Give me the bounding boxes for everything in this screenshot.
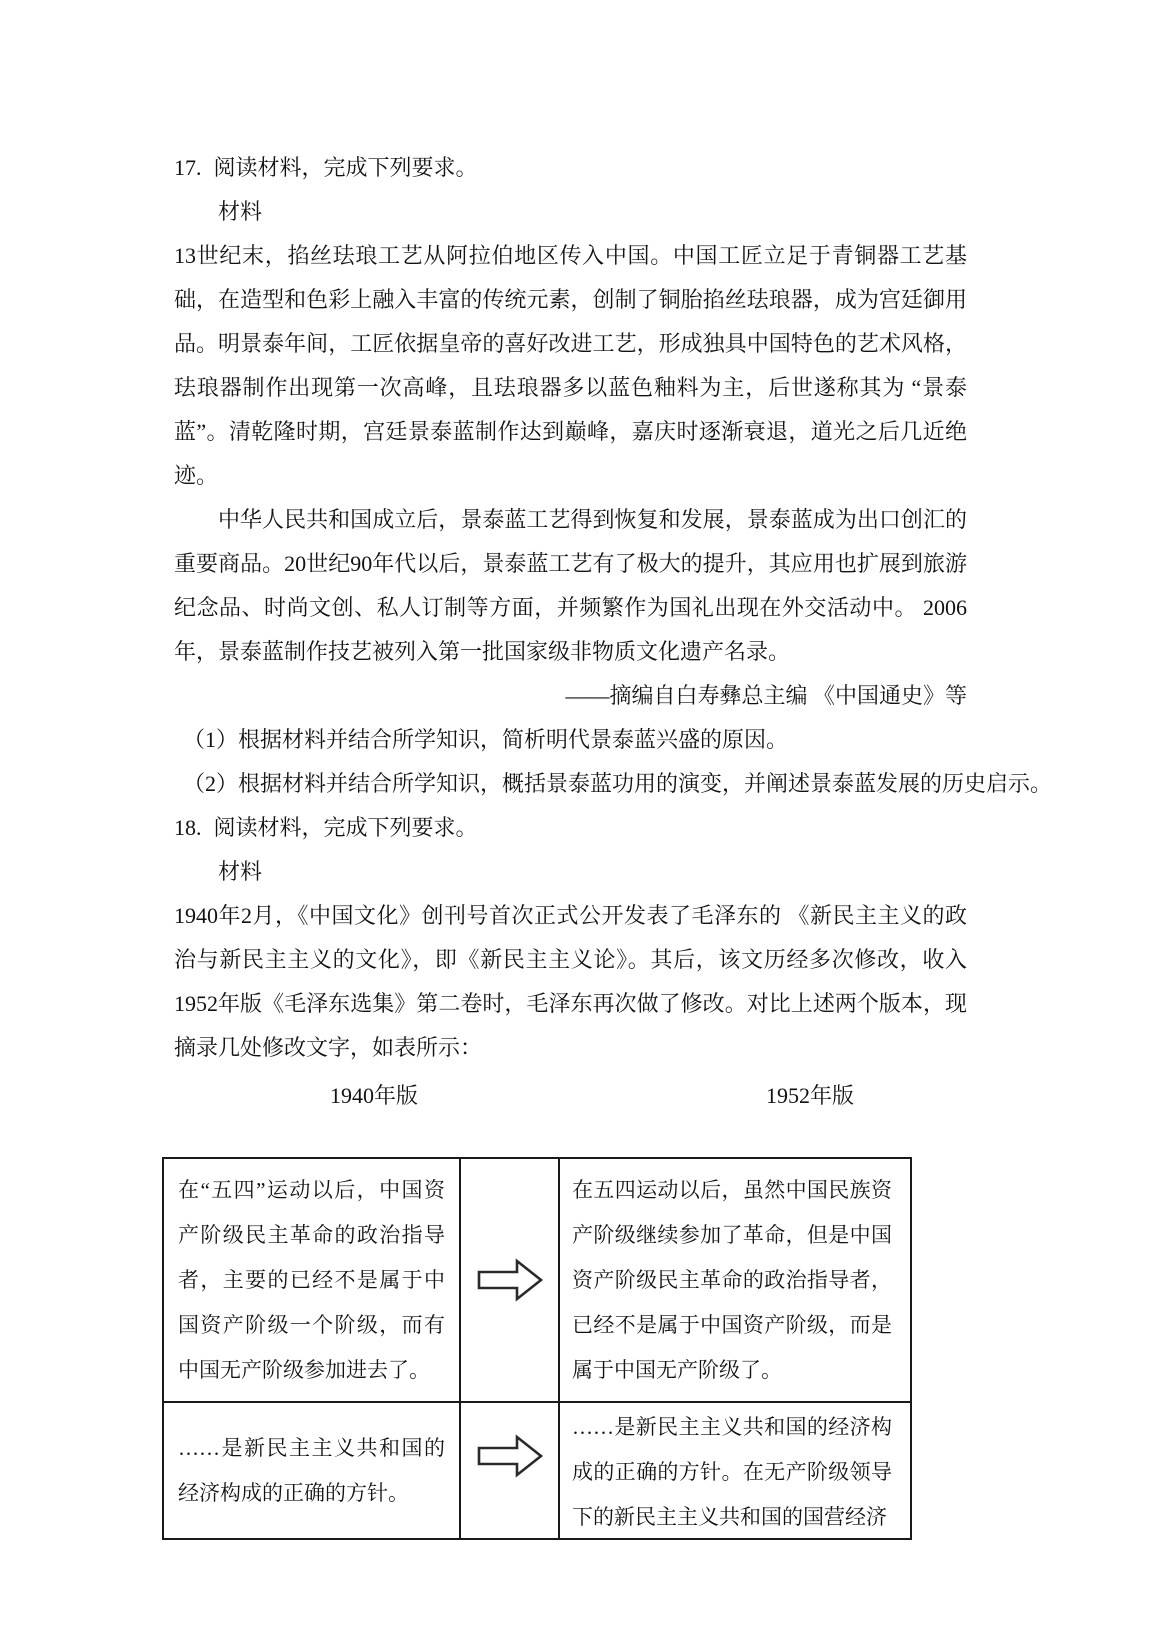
table-row2-arrow-cell [459,1401,558,1538]
comparison-table: 在“五四”运动以后，中国资产阶级民主革命的政治指导者，主要的已经不是属于中国资产… [162,1157,912,1540]
question-18-prompt: 阅读材料，完成下列要求。 [214,815,478,840]
question-17-material-label: 材料 [174,190,967,234]
page-content: 17.阅读材料，完成下列要求。 材料 13世纪末，掐丝珐琅工艺从阿拉伯地区传入中… [174,146,967,1540]
right-arrow-icon [476,1258,544,1302]
question-17-sub-question-2: （2）根据材料并结合所学知识，概括景泰蓝功用的演变，并阐述景泰蓝发展的历史启示。 [174,762,967,806]
comparison-table-headers: 1940年版 1952年版 [174,1074,967,1118]
right-arrow-icon [476,1434,544,1478]
question-17-source-citation: ——摘编自白寿彝总主编 《中国通史》等 [174,674,967,718]
question-17-material-paragraph-1: 13世纪末，掐丝珐琅工艺从阿拉伯地区传入中国。中国工匠立足于青铜器工艺基础，在造… [174,234,967,498]
question-17-material-paragraph-2: 中华人民共和国成立后，景泰蓝工艺得到恢复和发展，景泰蓝成为出口创汇的重要商品。2… [174,498,967,674]
table-row2-1952-text: ……是新民主主义共和国的经济构成的正确的方针。在无产阶级领导下的新民主主义共和国… [572,1405,892,1540]
table-row2-cell-1952: ……是新民主主义共和国的经济构成的正确的方针。在无产阶级领导下的新民主主义共和国… [558,1401,910,1538]
question-18-material-paragraph-1: 1940年2月，《中国文化》创刊号首次正式公开发表了毛泽东的 《新民主主义的政治… [174,894,967,1070]
question-17-heading: 17.阅读材料，完成下列要求。 [174,146,967,190]
exam-page: 17.阅读材料，完成下列要求。 材料 13世纪末，掐丝珐琅工艺从阿拉伯地区传入中… [0,0,1158,1638]
table-row2-1940-text: ……是新民主主义共和国的经济构成的正确的方针。 [178,1426,445,1516]
table-header-1952: 1952年版 [766,1074,854,1118]
table-row2-cell-1940: ……是新民主主义共和国的经济构成的正确的方针。 [164,1401,459,1538]
question-18-material-label: 材料 [174,850,967,894]
question-17-sub-question-1: （1）根据材料并结合所学知识，简析明代景泰蓝兴盛的原因。 [174,718,967,762]
question-18-number: 18. [174,815,202,840]
question-17-number: 17. [174,155,202,180]
table-row1-arrow-cell [459,1159,558,1401]
table-row1-1952-text: 在五四运动以后，虽然中国民族资产阶级继续参加了革命，但是中国资产阶级民主革命的政… [572,1168,892,1393]
question-17-prompt: 阅读材料，完成下列要求。 [214,155,478,180]
table-row1-cell-1940: 在“五四”运动以后，中国资产阶级民主革命的政治指导者，主要的已经不是属于中国资产… [164,1159,459,1401]
question-18-heading: 18.阅读材料，完成下列要求。 [174,806,967,850]
table-row1-cell-1952: 在五四运动以后，虽然中国民族资产阶级继续参加了革命，但是中国资产阶级民主革命的政… [558,1159,910,1401]
table-row1-1940-text: 在“五四”运动以后，中国资产阶级民主革命的政治指导者，主要的已经不是属于中国资产… [178,1168,445,1393]
table-header-1940: 1940年版 [330,1074,418,1118]
